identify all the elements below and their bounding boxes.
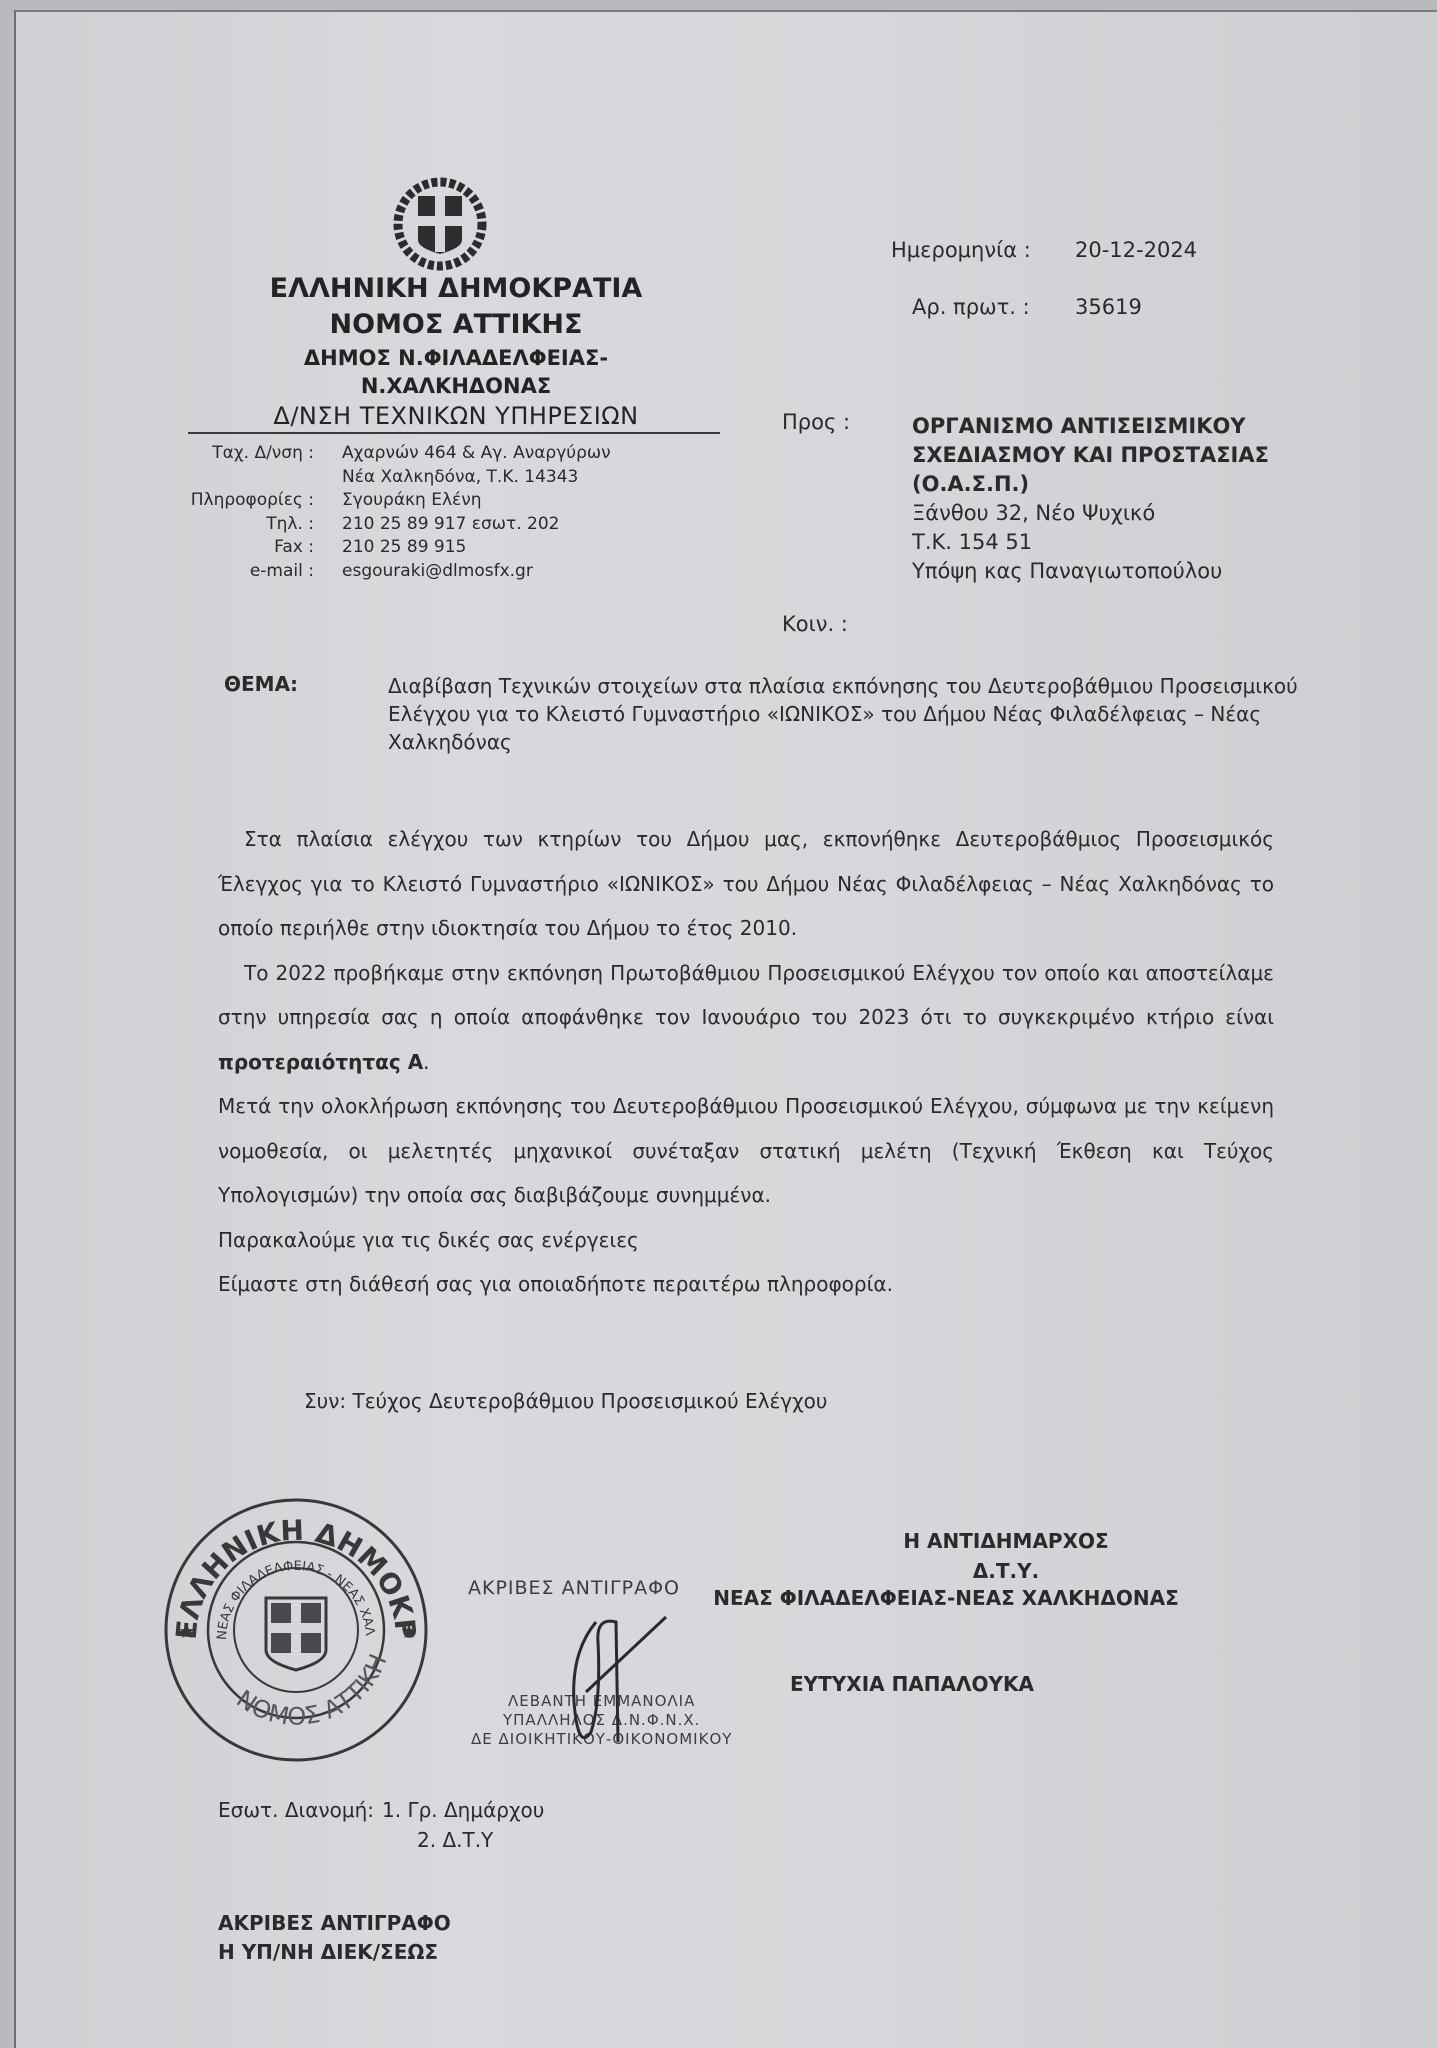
body-paragraph-3: Μετά την ολοκλήρωση εκπόνησης του Δευτερ… bbox=[218, 1084, 1274, 1218]
enclosure: Συν: Τεύχος Δευτεροβάθμιου Προσεισμικού … bbox=[304, 1389, 827, 1413]
header-country: ΕΛΛΗΝΙΚΗ ΔΗΜΟΚΡΑΤΙΑ bbox=[186, 273, 726, 304]
recipient-address-line-1: Ξάνθου 32, Νέο Ψυχικό bbox=[912, 499, 1269, 528]
copy-stamp-label: ΑΚΡΙΒΕΣ ΑΝΤΙΓΡΑΦΟ bbox=[468, 1577, 680, 1599]
recipient-block: ΟΡΓΑΝΙΣΜΟ ΑΝΤΙΣΕΙΣΜΙΚΟΥ ΣΧΕΔΙΑΣΜΟΥ ΚΑΙ Π… bbox=[912, 412, 1269, 586]
recipient-attention: Υπόψη κας Παναγιωτοπούλου bbox=[912, 557, 1269, 586]
header-divider bbox=[188, 432, 720, 434]
header-municipality-1: ΔΗΜΟΣ Ν.ΦΙΛΑΔΕΛΦΕΙΑΣ- bbox=[186, 346, 726, 370]
distribution-item-2: 2. Δ.Τ.Υ bbox=[218, 1825, 544, 1855]
recipient-org-line-2: ΣΧΕΔΙΑΣΜΟΥ ΚΑΙ ΠΡΟΣΤΑΣΙΑΣ bbox=[912, 441, 1269, 470]
signatory-municipality: ΝΕΑΣ ΦΙΛΑΔΕΛΦΕΙΑΣ-ΝΕΑΣ ΧΑΛΚΗΔΟΝΑΣ bbox=[656, 1586, 1236, 1610]
recipient-address-line-2: Τ.Κ. 154 51 bbox=[912, 528, 1269, 557]
official-seal-icon: ΕΛΛΗΝΙΚΗ ΔΗΜΟΚΡΑΤΙΑ ΝΕΑΣ ΦΙΛΑΔΕΛΦΕΙΑΣ - … bbox=[156, 1490, 436, 1770]
internal-distribution: Εσωτ. Διανομή:1. Γρ. Δημάρχου 2. Δ.Τ.Υ bbox=[218, 1795, 544, 1855]
date-value: 20-12-2024 bbox=[1075, 238, 1197, 262]
subject-label: ΘΕΜΑ: bbox=[224, 672, 298, 696]
signatory-title: Η ΑΝΤΙΔΗΜΑΡΧΟΣ bbox=[776, 1529, 1236, 1553]
greek-coat-of-arms-icon bbox=[390, 174, 490, 274]
contact-row-phone: Τηλ. :210 25 89 917 εσωτ. 202 bbox=[166, 513, 611, 537]
date-label: Ημερομηνία : bbox=[891, 238, 1031, 262]
recipient-label: Προς : bbox=[782, 410, 850, 434]
distribution-item-1: 1. Γρ. Δημάρχου bbox=[374, 1795, 544, 1825]
body-paragraph-2: Το 2022 προβήκαμε στην εκπόνηση Πρωτοβάθ… bbox=[218, 951, 1274, 1085]
svg-text:★: ★ bbox=[400, 1619, 418, 1643]
contact-row-email: e-mail :esgouraki@dlmosfx.gr bbox=[166, 560, 611, 584]
signatory-department: Δ.Τ.Υ. bbox=[776, 1559, 1236, 1583]
document-page: ΕΛΛΗΝΙΚΗ ΔΗΜΟΚΡΑΤΙΑ ΝΟΜΟΣ ΑΤΤΙΚΗΣ ΔΗΜΟΣ … bbox=[14, 10, 1437, 2048]
contact-row-address-2: Νέα Χαλκηδόνα, Τ.Κ. 14343 bbox=[166, 466, 611, 490]
footer-department: Η ΥΠ/ΝΗ ΔΙΕΚ/ΣΕΩΣ bbox=[218, 1938, 451, 1967]
recipient-org-line-3: (Ο.Α.Σ.Π.) bbox=[912, 470, 1269, 499]
protocol-label: Αρ. πρωτ. : bbox=[912, 295, 1030, 319]
header-department: Δ/ΝΣΗ ΤΕΧΝΙΚΩΝ ΥΠΗΡΕΣΙΩΝ bbox=[186, 402, 726, 430]
priority-text: προτεραιότητας Α bbox=[218, 1050, 423, 1074]
contact-row-info: Πληροφορίες :Σγουράκη Ελένη bbox=[166, 489, 611, 513]
footer-copy-label: ΑΚΡΙΒΕΣ ΑΝΤΙΓΡΑΦΟ bbox=[218, 1909, 451, 1938]
footer-certification: ΑΚΡΙΒΕΣ ΑΝΤΙΓΡΑΦΟ Η ΥΠ/ΝΗ ΔΙΕΚ/ΣΕΩΣ bbox=[218, 1909, 451, 1967]
subject-text: Διαβίβαση Τεχνικών στοιχείων στα πλαίσια… bbox=[388, 672, 1308, 756]
body-paragraph-1: Στα πλαίσια ελέγχου των κτηρίων του Δήμο… bbox=[218, 817, 1274, 951]
body-paragraph-4: Παρακαλούμε για τις δικές σας ενέργειες bbox=[218, 1218, 1274, 1263]
header-prefecture: ΝΟΜΟΣ ΑΤΤΙΚΗΣ bbox=[186, 309, 726, 340]
recipient-org-line-1: ΟΡΓΑΝΙΣΜΟ ΑΝΤΙΣΕΙΣΜΙΚΟΥ bbox=[912, 412, 1269, 441]
distribution-label: Εσωτ. Διανομή: bbox=[218, 1795, 374, 1825]
header-municipality-2: Ν.ΧΑΛΚΗΔΟΝΑΣ bbox=[186, 374, 726, 398]
contact-block: Ταχ. Δ/νση :Αχαρνών 464 & Αγ. Αναργύρων … bbox=[166, 442, 611, 583]
body-paragraph-5: Είμαστε στη διάθεσή σας για οποιαδήποτε … bbox=[218, 1262, 1274, 1307]
contact-row-fax: Fax :210 25 89 915 bbox=[166, 536, 611, 560]
cc-label: Κοιν. : bbox=[782, 612, 848, 636]
signatory-name: ΕΥΤΥΧΙΑ ΠΑΠΑΛΟΥΚΑ bbox=[776, 1672, 1150, 1696]
handwritten-signature-icon bbox=[556, 1612, 696, 1762]
letter-body: Στα πλαίσια ελέγχου των κτηρίων του Δήμο… bbox=[218, 817, 1274, 1307]
protocol-value: 35619 bbox=[1075, 295, 1142, 319]
contact-row-address: Ταχ. Δ/νση :Αχαρνών 464 & Αγ. Αναργύρων bbox=[166, 442, 611, 466]
svg-text:★: ★ bbox=[178, 1619, 196, 1643]
